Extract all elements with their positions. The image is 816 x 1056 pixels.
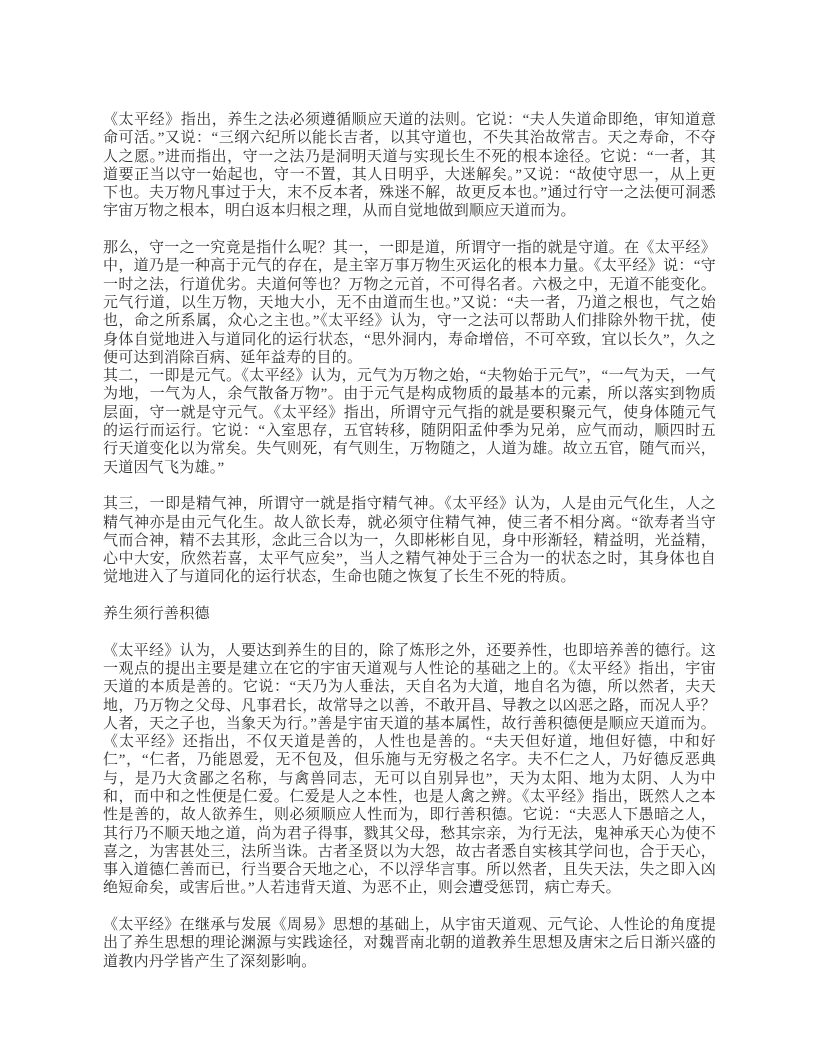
paragraph-shouyi-is-dao: 那么，守一之一究竟是指什么呢？其一，一即是道，所谓守一指的就是守道。在《太平经》… bbox=[103, 239, 716, 367]
paragraph-virtue-and-goodness: 《太平经》认为，人要达到养生的目的，除了炼形之外，还要养性，也即培养善的德行。这… bbox=[103, 642, 716, 898]
paragraph-conclusion-influence: 《太平经》在继承与发展《周易》思想的基础上，从宇宙天道观、元气论、人性论的角度提… bbox=[103, 916, 716, 971]
paragraph-taoist-law-of-heaven: 《太平经》指出，养生之法必须遵循顺应天道的法则。它说：“夫人失道命即绝，审知道意… bbox=[103, 111, 716, 221]
paragraph-shouyi-is-jingqishen: 其三，一即是精气神，所谓守一就是指守精气神。《太平经》认为，人是由元气化生，人之… bbox=[103, 495, 716, 586]
section-heading: 养生须行善积德 bbox=[103, 605, 716, 623]
paragraph-shouyi-is-yuanqi: 其二，一即是元气。《太平经》认为，元气为万物之始，“夫物始于元气”，“一气为天，… bbox=[103, 367, 716, 477]
document-page: 《太平经》指出，养生之法必须遵循顺应天道的法则。它说：“夫人失道命即绝，审知道意… bbox=[0, 0, 816, 1056]
